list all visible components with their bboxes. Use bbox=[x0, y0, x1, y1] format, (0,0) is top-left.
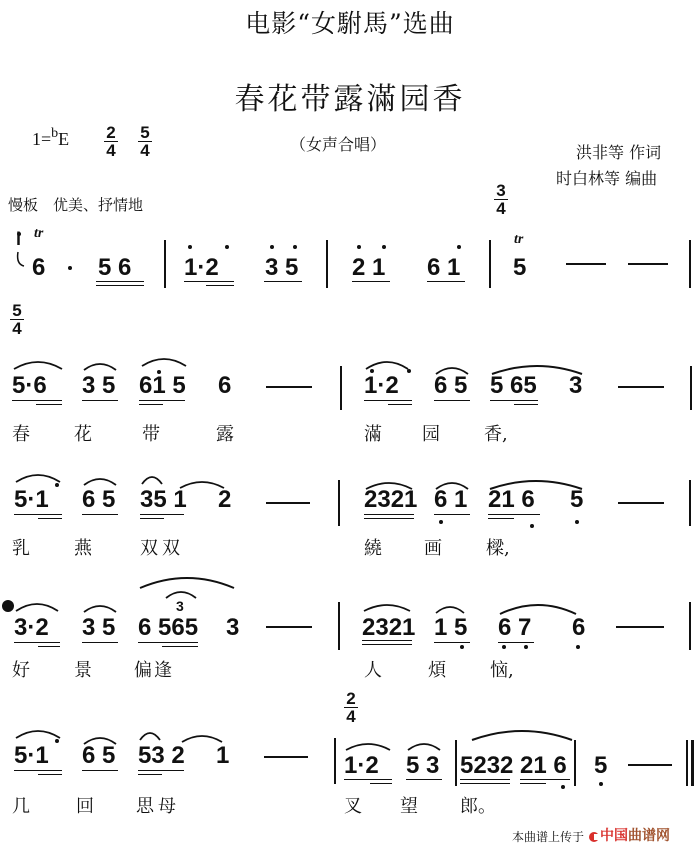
key-prefix: 1= bbox=[32, 129, 51, 149]
underline bbox=[38, 518, 62, 519]
note: 1 5 bbox=[434, 616, 467, 640]
site-logo-text[interactable]: 中国曲谱网 bbox=[600, 825, 670, 845]
underline bbox=[460, 783, 510, 784]
time-sig-numerator: 3 bbox=[494, 182, 508, 200]
underline bbox=[82, 770, 118, 771]
slur-icon bbox=[140, 354, 188, 368]
underline bbox=[138, 770, 184, 771]
underline bbox=[140, 514, 184, 515]
time-sig-numerator: 5 bbox=[138, 124, 152, 142]
triplet-number: 3 bbox=[176, 599, 184, 613]
note: 5 3 bbox=[406, 754, 439, 778]
underline bbox=[14, 770, 62, 771]
underline bbox=[460, 779, 510, 780]
note: 6 bbox=[218, 374, 231, 398]
time-signature-5-4: 5 4 bbox=[10, 302, 24, 337]
sustain-dash bbox=[566, 263, 606, 265]
note: 6 1 bbox=[434, 488, 467, 512]
underline bbox=[14, 642, 60, 643]
underline bbox=[364, 518, 414, 519]
high-octave-dot bbox=[270, 245, 274, 249]
sustain-dash bbox=[618, 386, 664, 388]
underline bbox=[362, 640, 412, 641]
note: 3 bbox=[569, 374, 582, 398]
lyric: 煩 bbox=[428, 656, 446, 682]
underline bbox=[82, 642, 118, 643]
lyric: 繞 bbox=[364, 534, 382, 560]
note: 5·1 bbox=[14, 744, 49, 768]
lyric: 恼, bbox=[490, 656, 514, 682]
time-sig-denominator: 4 bbox=[104, 142, 118, 159]
lyric: 滿 bbox=[364, 420, 382, 446]
underline bbox=[38, 774, 62, 775]
note: 6 565 bbox=[138, 616, 198, 640]
time-signature-2-4: 2 4 bbox=[344, 690, 358, 725]
time-sig-numerator: 2 bbox=[104, 124, 118, 142]
grace-slur-icon bbox=[14, 250, 26, 270]
note: 21 6 bbox=[520, 754, 567, 778]
note: 6 7 bbox=[498, 616, 531, 640]
underline bbox=[184, 281, 234, 282]
underline bbox=[364, 514, 414, 515]
slur-icon bbox=[14, 599, 60, 613]
note: 2321 bbox=[364, 488, 417, 512]
high-octave-dot bbox=[225, 245, 229, 249]
low-octave-dot bbox=[502, 645, 506, 649]
underline bbox=[38, 646, 60, 647]
underline bbox=[82, 514, 118, 515]
note: 5·1 bbox=[14, 488, 49, 512]
low-octave-dot bbox=[561, 785, 565, 789]
underline bbox=[162, 646, 198, 647]
underline bbox=[514, 404, 538, 405]
lyric: 好 bbox=[12, 656, 30, 682]
high-octave-dot bbox=[55, 739, 59, 743]
underline bbox=[138, 774, 162, 775]
lyric: 露 bbox=[216, 420, 234, 446]
note: 5 bbox=[594, 754, 607, 778]
low-octave-dot bbox=[576, 645, 580, 649]
underline bbox=[14, 514, 62, 515]
underline bbox=[362, 644, 412, 645]
sustain-dash bbox=[266, 502, 310, 504]
sustain-dash bbox=[618, 502, 664, 504]
barline bbox=[334, 738, 336, 784]
time-signature-5-4: 5 4 bbox=[138, 124, 152, 159]
slur-icon bbox=[406, 740, 442, 752]
lyric: 园 bbox=[422, 420, 440, 446]
high-octave-dot bbox=[293, 245, 297, 249]
low-octave-dot bbox=[460, 645, 464, 649]
lyric: 思母 bbox=[136, 792, 180, 818]
time-signature-3-4: 3 4 bbox=[494, 182, 508, 217]
note: 35 1 bbox=[140, 488, 187, 512]
underline bbox=[344, 779, 392, 780]
note: 3 5 bbox=[82, 616, 115, 640]
lyricist-credit: 洪非等 作词 bbox=[576, 140, 661, 163]
note: 3·2 bbox=[14, 616, 49, 640]
note: 6 bbox=[572, 616, 585, 640]
note: 1 bbox=[216, 744, 229, 768]
underline bbox=[139, 404, 163, 405]
underline bbox=[434, 642, 470, 643]
lyric: 双双 bbox=[140, 534, 184, 560]
slur-icon bbox=[14, 726, 62, 740]
sustain-dash bbox=[628, 263, 668, 265]
high-octave-dot bbox=[17, 232, 21, 236]
high-octave-dot bbox=[457, 245, 461, 249]
high-octave-dot bbox=[55, 483, 59, 487]
barline bbox=[164, 240, 166, 288]
sustain-dash bbox=[616, 626, 664, 628]
lyric: 燕 bbox=[74, 534, 92, 560]
note: 6 bbox=[32, 256, 45, 280]
underline bbox=[96, 281, 144, 282]
high-octave-dot bbox=[382, 245, 386, 249]
note: 5 bbox=[570, 488, 583, 512]
underline bbox=[434, 514, 470, 515]
note: 53 2 bbox=[138, 744, 185, 768]
slur-icon bbox=[344, 740, 392, 752]
time-signature-2-4: 2 4 bbox=[104, 124, 118, 159]
underline bbox=[12, 400, 62, 401]
underline bbox=[427, 281, 465, 282]
underline bbox=[406, 779, 442, 780]
underline bbox=[140, 518, 164, 519]
underline bbox=[520, 783, 546, 784]
note: 5 6 bbox=[98, 256, 131, 280]
note: 2 1 bbox=[352, 256, 385, 280]
note: 21 6 bbox=[488, 488, 535, 512]
low-octave-dot bbox=[439, 520, 443, 524]
key-signature: 1=bE bbox=[32, 126, 69, 150]
upload-credit-text: 本曲谱上传于 bbox=[512, 828, 584, 845]
final-barline-thin bbox=[686, 740, 688, 786]
note: 1·2 bbox=[344, 754, 379, 778]
note: 2321 bbox=[362, 616, 415, 640]
underline bbox=[488, 518, 514, 519]
lyric: 画 bbox=[424, 534, 442, 560]
underline bbox=[520, 779, 570, 780]
page-marker-dot bbox=[2, 600, 14, 612]
underline bbox=[352, 281, 390, 282]
note: 5·6 bbox=[12, 374, 47, 398]
note: 1·2 bbox=[184, 256, 219, 280]
high-octave-dot bbox=[407, 369, 411, 373]
tempo-marking: 慢板 优美、抒情地 bbox=[8, 194, 143, 215]
augmentation-dot bbox=[68, 266, 72, 270]
note: 3 5 bbox=[265, 256, 298, 280]
underline bbox=[206, 285, 234, 286]
lyric: 带 bbox=[142, 420, 160, 446]
underline bbox=[434, 400, 470, 401]
underline bbox=[388, 404, 412, 405]
grace-note: i bbox=[16, 227, 21, 251]
barline bbox=[340, 366, 342, 410]
low-octave-dot bbox=[575, 520, 579, 524]
trill-mark: tr bbox=[514, 232, 523, 248]
note: 61 5 bbox=[139, 374, 186, 398]
song-title: 春花带露滿园香 bbox=[0, 74, 700, 118]
lyric: 花 bbox=[74, 420, 92, 446]
lyric: 望 bbox=[400, 792, 418, 818]
slur-icon bbox=[82, 602, 118, 614]
lyric: 春 bbox=[12, 420, 30, 446]
barline bbox=[574, 740, 576, 786]
lyric: 景 bbox=[74, 656, 92, 682]
composer-credit: 时白林等 编曲 bbox=[556, 166, 657, 189]
site-logo-icon bbox=[588, 828, 600, 840]
underline bbox=[36, 404, 62, 405]
site-name-part1: 中国 bbox=[600, 828, 628, 844]
high-octave-dot bbox=[188, 245, 192, 249]
underline bbox=[82, 400, 118, 401]
note: 1·2 bbox=[364, 374, 399, 398]
low-octave-dot bbox=[530, 524, 534, 528]
trill-mark: tr bbox=[34, 226, 43, 242]
barline bbox=[338, 602, 340, 650]
sustain-dash bbox=[266, 386, 312, 388]
lyric: 回 bbox=[76, 792, 94, 818]
barline bbox=[689, 602, 691, 650]
sustain-dash bbox=[264, 756, 308, 758]
note: 3 5 bbox=[82, 374, 115, 398]
low-octave-dot bbox=[599, 782, 603, 786]
underline bbox=[490, 400, 538, 401]
barline bbox=[338, 480, 340, 526]
lyric: 香, bbox=[484, 420, 508, 446]
lyric: 乳 bbox=[12, 534, 30, 560]
note: 6 5 bbox=[82, 488, 115, 512]
note: 5232 bbox=[460, 754, 513, 778]
underline bbox=[488, 514, 540, 515]
sustain-dash bbox=[628, 764, 672, 766]
high-octave-dot bbox=[357, 245, 361, 249]
lyric: 人 bbox=[364, 656, 382, 682]
slur-icon bbox=[14, 470, 62, 484]
voice-type: （女声合唱） bbox=[290, 132, 386, 155]
site-name-part2: 曲谱网 bbox=[628, 828, 670, 844]
note: 5 65 bbox=[490, 374, 537, 398]
low-octave-dot bbox=[524, 645, 528, 649]
underline bbox=[364, 400, 412, 401]
lyric: 偏逢 bbox=[134, 656, 174, 682]
underline bbox=[370, 783, 392, 784]
key-letter: E bbox=[58, 129, 69, 149]
lyric: 樑, bbox=[486, 534, 510, 560]
note: 2 bbox=[218, 488, 231, 512]
slur-icon bbox=[82, 360, 118, 372]
lyric: 叉 bbox=[344, 792, 362, 818]
barline bbox=[689, 480, 691, 526]
underline bbox=[498, 642, 534, 643]
time-sig-denominator: 4 bbox=[344, 708, 358, 725]
lyric: 郎。 bbox=[460, 792, 496, 818]
slur-icon bbox=[140, 472, 164, 486]
underline bbox=[139, 400, 185, 401]
time-sig-numerator: 2 bbox=[344, 690, 358, 708]
underline bbox=[138, 642, 198, 643]
sustain-dash bbox=[266, 626, 312, 628]
slur-icon bbox=[470, 726, 574, 742]
time-sig-denominator: 4 bbox=[138, 142, 152, 159]
final-barline-thick bbox=[691, 740, 694, 786]
lyric: 几 bbox=[12, 792, 30, 818]
note: 6 5 bbox=[434, 374, 467, 398]
barline bbox=[690, 366, 692, 410]
slur-icon bbox=[12, 357, 64, 371]
barline bbox=[489, 240, 491, 288]
note: 6 1 bbox=[427, 256, 460, 280]
underline bbox=[264, 281, 302, 282]
note: 6 5 bbox=[82, 744, 115, 768]
film-subtitle: 电影“女駙馬”选曲 bbox=[0, 4, 700, 40]
slur-icon bbox=[362, 601, 412, 613]
slur-icon bbox=[138, 728, 162, 742]
time-sig-denominator: 4 bbox=[10, 320, 24, 337]
time-sig-denominator: 4 bbox=[494, 200, 508, 217]
barline bbox=[689, 240, 691, 288]
time-sig-numerator: 5 bbox=[10, 302, 24, 320]
note: 3 bbox=[226, 616, 239, 640]
barline bbox=[326, 240, 328, 288]
barline bbox=[455, 740, 457, 786]
note: 5 bbox=[513, 256, 526, 280]
underline bbox=[96, 285, 144, 286]
